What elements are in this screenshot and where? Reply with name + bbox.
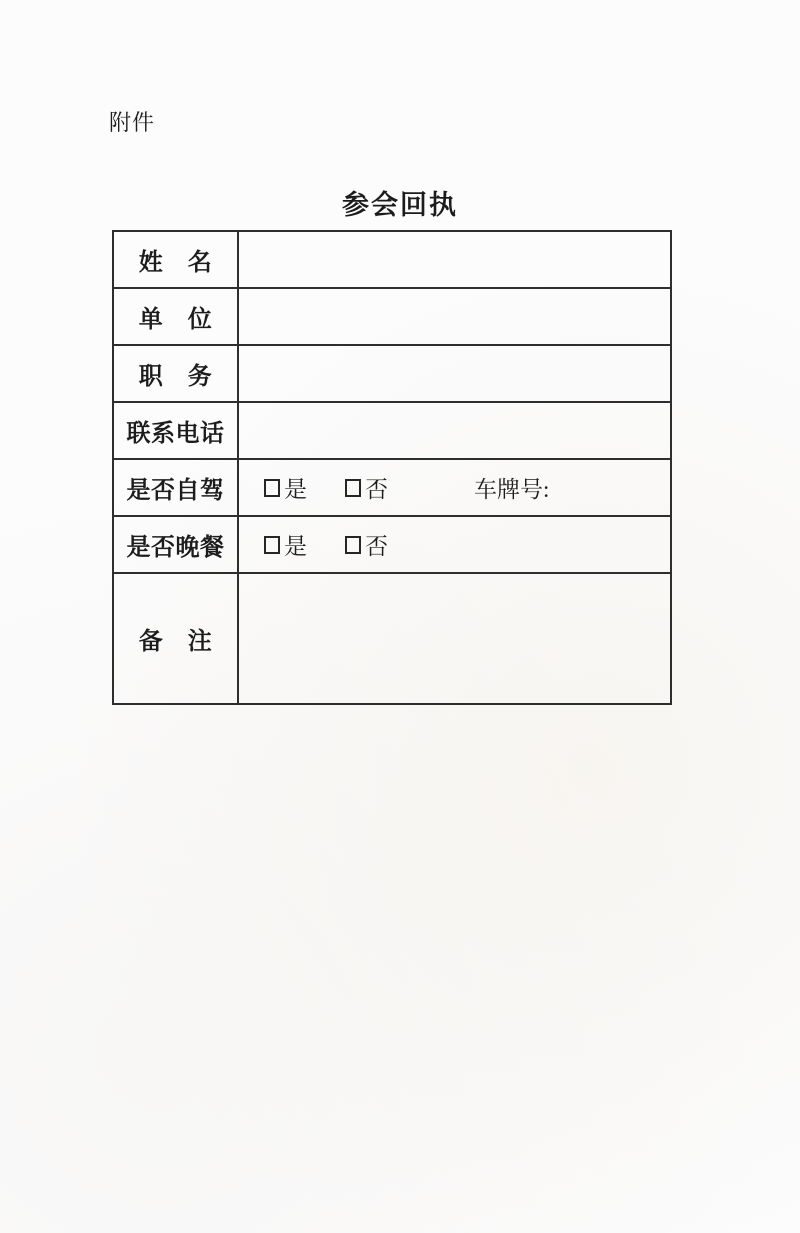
row-label-phone: 联系电话 [114,403,239,458]
row-label-name: 姓 名 [114,232,239,287]
checkbox-icon [264,536,280,554]
option-label-no: 否 [365,528,388,561]
row-value-organization-blank [239,289,670,344]
checkbox-option-yes: 是 [264,528,307,561]
table-row-name: 姓 名 [114,232,670,289]
plate-number-label: 车牌号: [474,471,549,504]
row-label-self-driving: 是否自驾 [114,460,239,515]
row-label-organization: 单 位 [114,289,239,344]
table-row-self-driving: 是否自驾 是 否 车牌号: [114,460,670,517]
table-row-position: 职 务 [114,346,670,403]
reply-form-table: 姓 名 单 位 职 务 联系电话 是否自驾 是 否 [112,230,672,705]
checkbox-icon [345,536,361,554]
checkbox-option-no: 否 [345,471,388,504]
table-row-organization: 单 位 [114,289,670,346]
checkbox-icon [264,479,280,497]
table-row-phone: 联系电话 [114,403,670,460]
checkbox-option-yes: 是 [264,471,307,504]
page-title: 参会回执 [0,183,800,222]
row-label-remarks: 备 注 [114,574,239,703]
row-value-name-blank [239,232,670,287]
checkbox-option-no: 否 [345,528,388,561]
option-label-yes: 是 [284,471,307,504]
row-value-self-driving: 是 否 车牌号: [239,460,670,515]
row-value-remarks-blank [239,574,670,703]
table-row-dinner: 是否晚餐 是 否 [114,517,670,574]
option-label-no: 否 [365,471,388,504]
row-label-position: 职 务 [114,346,239,401]
option-label-yes: 是 [284,528,307,561]
table-row-remarks: 备 注 [114,574,670,703]
scanned-document-page: 附件 参会回执 姓 名 单 位 职 务 联系电话 是否自驾 是 [0,0,800,1233]
row-value-phone-blank [239,403,670,458]
row-label-dinner: 是否晚餐 [114,517,239,572]
row-value-position-blank [239,346,670,401]
attachment-label: 附件 [109,106,155,137]
checkbox-icon [345,479,361,497]
row-value-dinner: 是 否 [239,517,670,572]
